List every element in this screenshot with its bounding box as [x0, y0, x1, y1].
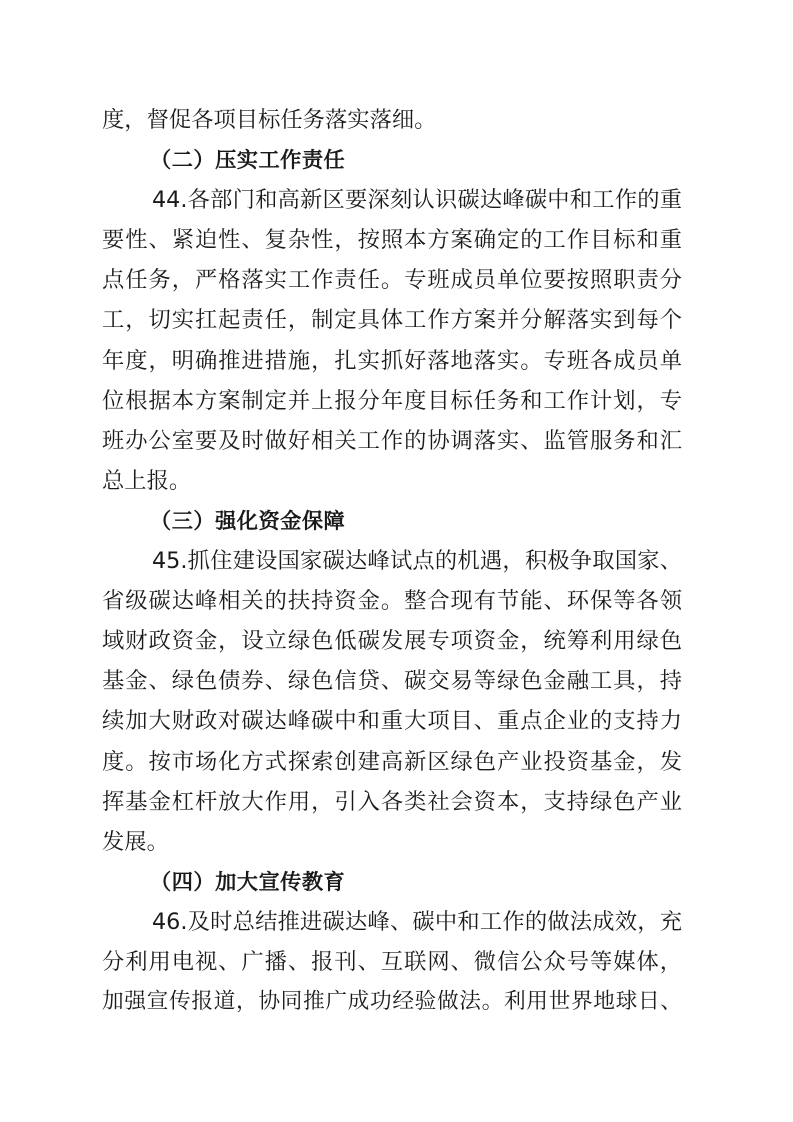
body-line: 挥基金杠杆放大作用，引入各类社会资本，支持绿色产业 [102, 782, 682, 822]
paragraph-end-line: 发展。 [102, 822, 682, 862]
document-page: 度，督促各项目标任务落实落细。 （二）压实工作责任 44.各部门和高新区要深刻认… [0, 0, 793, 1122]
section-heading-3: （三）强化资金保障 [102, 501, 682, 541]
body-line: 省级碳达峰相关的扶持资金。整合现有节能、环保等各领 [102, 581, 682, 621]
body-line: 点任务，严格落实工作责任。专班成员单位要按照职责分 [102, 260, 682, 300]
body-line: 度。按市场化方式探索创建高新区绿色产业投资基金，发 [102, 742, 682, 782]
section-heading-4: （四）加大宣传教育 [102, 862, 682, 902]
paragraph-end-line: 总上报。 [102, 461, 682, 501]
body-line: 年度，明确推进措施，扎实抓好落地落实。专班各成员单 [102, 341, 682, 381]
body-line: 分利用电视、广播、报刊、互联网、微信公众号等媒体， [102, 942, 682, 982]
paragraph-end-line: 度，督促各项目标任务落实落细。 [102, 100, 682, 140]
body-line: 班办公室要及时做好相关工作的协调落实、监管服务和汇 [102, 421, 682, 461]
paragraph-44-first-line: 44.各部门和高新区要深刻认识碳达峰碳中和工作的重 [102, 180, 682, 220]
text-column: 度，督促各项目标任务落实落细。 （二）压实工作责任 44.各部门和高新区要深刻认… [102, 100, 682, 1022]
body-line: 域财政资金，设立绿色低碳发展专项资金，统筹利用绿色 [102, 621, 682, 661]
body-line: 加强宣传报道，协同推广成功经验做法。利用世界地球日、 [102, 982, 682, 1022]
body-line: 基金、绿色债券、绿色信贷、碳交易等绿色金融工具，持 [102, 661, 682, 701]
section-heading-2: （二）压实工作责任 [102, 140, 682, 180]
body-line: 续加大财政对碳达峰碳中和重大项目、重点企业的支持力 [102, 701, 682, 741]
body-line: 工，切实扛起责任，制定具体工作方案并分解落实到每个 [102, 300, 682, 340]
body-line: 位根据本方案制定并上报分年度目标任务和工作计划，专 [102, 381, 682, 421]
paragraph-46-first-line: 46.及时总结推进碳达峰、碳中和工作的做法成效，充 [102, 902, 682, 942]
body-line: 要性、紧迫性、复杂性，按照本方案确定的工作目标和重 [102, 220, 682, 260]
paragraph-45-first-line: 45.抓住建设国家碳达峰试点的机遇，积极争取国家、 [102, 541, 682, 581]
